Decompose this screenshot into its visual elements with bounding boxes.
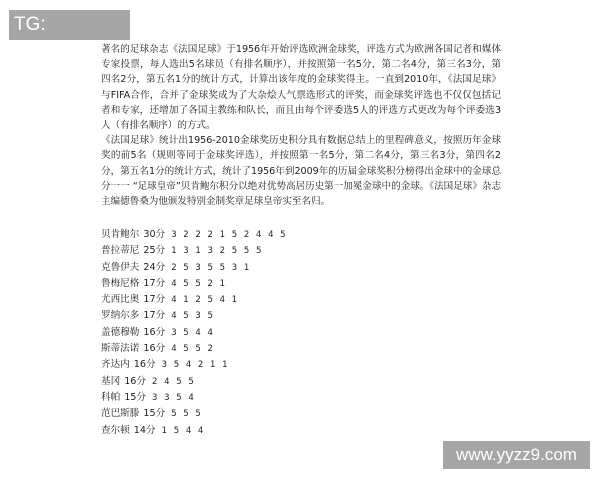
list-item: 科帕15分3 3 5 4 <box>101 390 288 406</box>
player-points: 16分 <box>134 359 156 370</box>
player-points: 16分 <box>124 376 146 387</box>
player-ranks: 4 5 5 2 <box>171 344 215 354</box>
player-ranks: 5 5 5 <box>171 409 203 419</box>
player-ranks: 2 4 5 5 <box>152 377 196 387</box>
list-item: 基冈16分2 4 5 5 <box>101 374 288 390</box>
player-points: 16分 <box>143 343 165 354</box>
list-item: 斯蒂法诺16分4 5 5 2 <box>101 341 288 357</box>
player-points: 25分 <box>143 245 165 256</box>
player-points: 17分 <box>143 310 165 321</box>
player-ranks: 1 3 1 3 2 5 5 5 <box>171 246 263 256</box>
player-name: 斯蒂法诺 <box>101 341 139 357</box>
list-item: 查尔顿14分1 5 4 4 <box>101 423 288 439</box>
player-ranks: 3 2 2 2 1 5 2 4 4 5 <box>171 230 287 240</box>
list-item: 尤西比奥17分4 1 2 5 4 1 <box>101 292 288 308</box>
player-name: 鲁梅尼格 <box>101 276 139 292</box>
list-item: 范巴斯滕15分5 5 5 <box>101 406 288 422</box>
list-item: 贝肯鲍尔30分3 2 2 2 1 5 2 4 4 5 <box>101 227 288 243</box>
watermark-bottom: www.yyzz9.com <box>443 441 590 469</box>
player-points: 24分 <box>143 262 165 273</box>
player-ranks: 2 5 3 5 5 3 1 <box>171 263 251 273</box>
player-ranks: 3 5 4 2 1 1 <box>162 360 230 370</box>
player-name: 普拉蒂尼 <box>101 243 139 259</box>
player-ranks: 3 5 4 4 <box>171 328 215 338</box>
player-points: 14分 <box>134 425 156 436</box>
player-name: 克鲁伊夫 <box>101 260 139 276</box>
list-item: 齐达内16分3 5 4 2 1 1 <box>101 357 288 373</box>
player-ranks: 4 5 3 5 <box>171 311 215 321</box>
player-points: 16分 <box>143 327 165 338</box>
watermark-top: TG: MYYJJPP <box>9 10 130 40</box>
player-points: 15分 <box>124 392 146 403</box>
player-ranks: 4 5 5 2 1 <box>171 279 227 289</box>
player-ranks: 3 3 5 4 <box>152 393 196 403</box>
player-name: 科帕 <box>101 390 120 406</box>
player-name: 尤西比奥 <box>101 292 139 308</box>
player-name: 齐达内 <box>101 357 130 373</box>
player-name: 贝肯鲍尔 <box>101 227 139 243</box>
article-paragraph-1: 著名的足球杂志《法国足球》于1956年开始评选欧洲金球奖，评选方式为欧洲各国记者… <box>101 42 501 133</box>
player-points: 15分 <box>143 408 165 419</box>
player-name: 范巴斯滕 <box>101 406 139 422</box>
player-points: 17分 <box>143 294 165 305</box>
article-paragraph-2: 《法国足球》统计出1956-2010金球奖历史积分具有数据总结上的里程碑意义，按… <box>101 133 501 209</box>
rankings-list: 贝肯鲍尔30分3 2 2 2 1 5 2 4 4 5 普拉蒂尼25分1 3 1 … <box>101 227 288 439</box>
player-name: 盖德穆勒 <box>101 325 139 341</box>
player-points: 17分 <box>143 278 165 289</box>
player-name: 罗纳尔多 <box>101 308 139 324</box>
list-item: 鲁梅尼格17分4 5 5 2 1 <box>101 276 288 292</box>
list-item: 罗纳尔多17分4 5 3 5 <box>101 308 288 324</box>
article-body: 著名的足球杂志《法国足球》于1956年开始评选欧洲金球奖，评选方式为欧洲各国记者… <box>101 42 501 209</box>
player-ranks: 4 1 2 5 4 1 <box>171 295 239 305</box>
list-item: 克鲁伊夫24分2 5 3 5 5 3 1 <box>101 260 288 276</box>
list-item: 普拉蒂尼25分1 3 1 3 2 5 5 5 <box>101 243 288 259</box>
player-name: 基冈 <box>101 374 120 390</box>
player-ranks: 1 5 4 4 <box>162 426 206 436</box>
player-name: 查尔顿 <box>101 423 130 439</box>
list-item: 盖德穆勒16分3 5 4 4 <box>101 325 288 341</box>
player-points: 30分 <box>143 229 165 240</box>
